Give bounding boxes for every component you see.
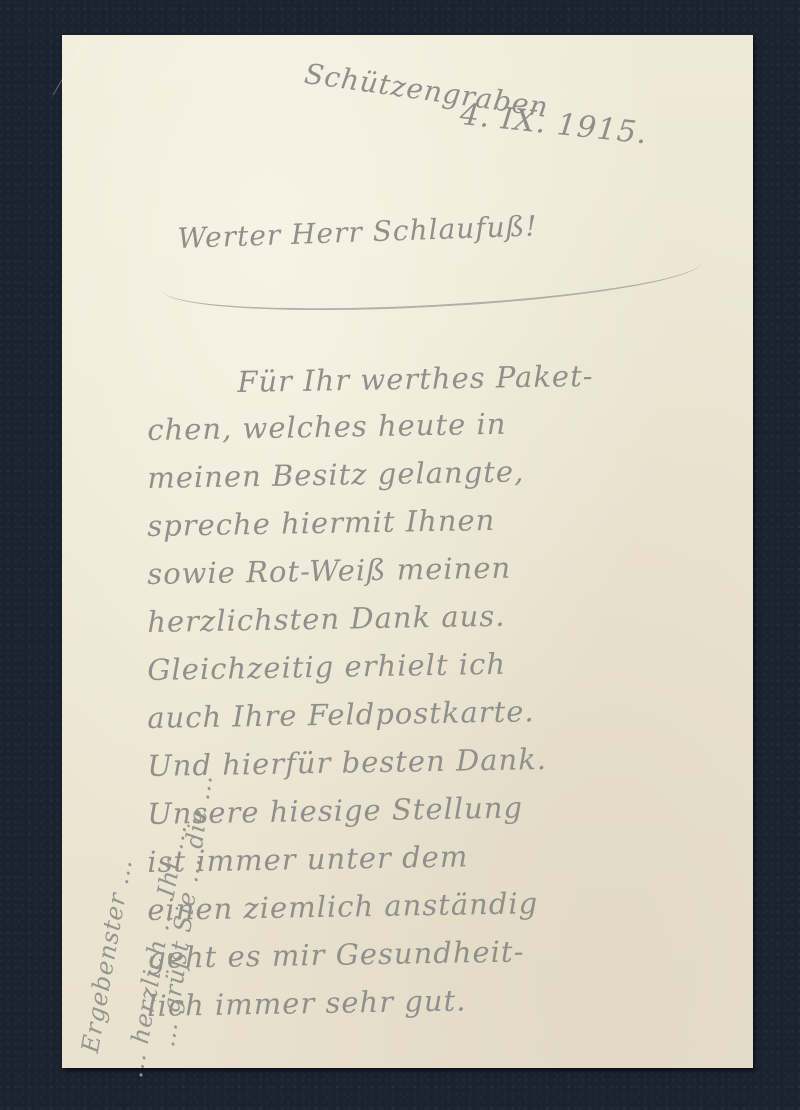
body-line: sowie Rot-Weiß meinen [147,551,511,591]
postcard: Schützengraben 4. IX. 1915. Werter Herr … [62,35,753,1068]
body-line: auch Ihre Feldpostkarte. [147,694,535,735]
body-line: einen ziemlich anständig [147,886,538,927]
body-line: Gleichzeitig erhielt ich [147,647,506,687]
body-line: chen, welches heute in [147,407,507,447]
body-line: Für Ihr werthes Paket- [237,359,594,399]
body-line: spreche hiermit Ihnen [147,503,496,543]
paper-crease [53,35,149,95]
letter-date: 4. IX. 1915. [458,97,649,151]
body-line: geht es mir Gesundheit- [147,934,525,975]
body-line: meinen Besitz gelangte, [147,454,525,495]
body-line: lich immer sehr gut. [147,983,467,1023]
body-line: herzlichsten Dank aus. [147,599,506,639]
